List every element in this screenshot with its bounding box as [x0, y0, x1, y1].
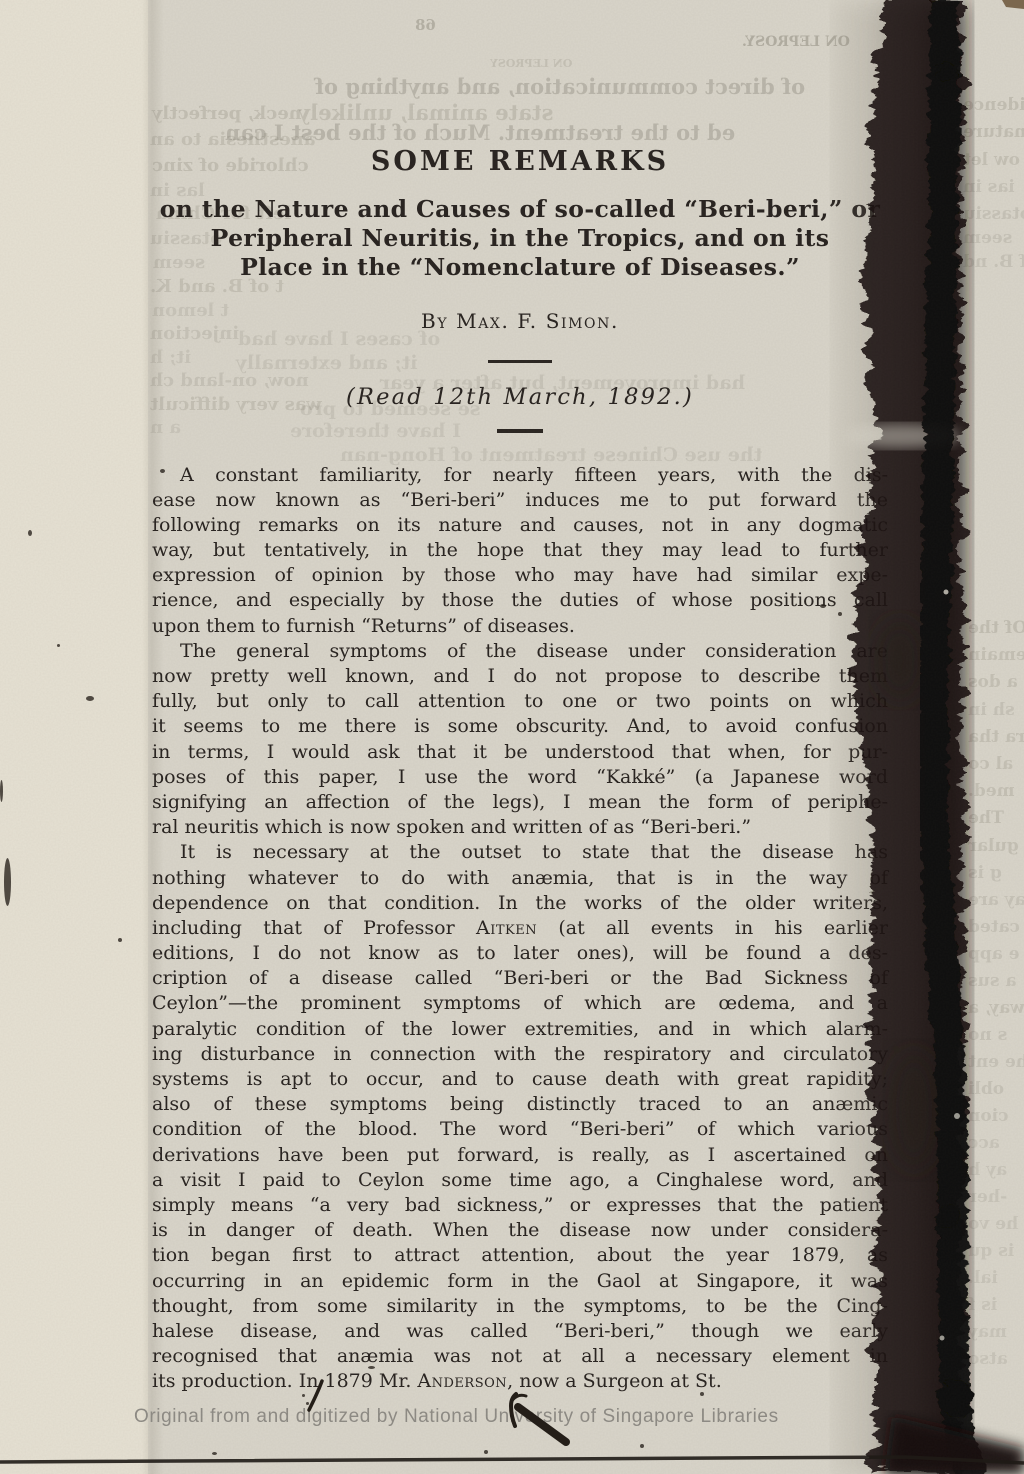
- ink-speck: [838, 612, 842, 616]
- ink-speck: [0, 780, 3, 802]
- ink-speck: [640, 1444, 644, 1448]
- ink-speck: [306, 1402, 309, 1405]
- ink-speck: [212, 1452, 217, 1455]
- ink-speck: [86, 696, 94, 701]
- bottom-scan-line: [0, 1457, 1024, 1463]
- ink-speck: [4, 858, 11, 906]
- scanned-page: 68ON LEPROSY.ON LEPROSYof direct communi…: [0, 0, 1024, 1474]
- ink-speck: [160, 469, 165, 473]
- ink-speck: [57, 644, 60, 647]
- ink-speck: [484, 1450, 488, 1454]
- ink-speck: [118, 938, 122, 942]
- ink-speck: [368, 1366, 375, 1369]
- pen-slash: [309, 1381, 322, 1410]
- ink-speck: [820, 604, 826, 608]
- ink-speck: [302, 1394, 305, 1397]
- pen-stroke: [518, 1407, 566, 1442]
- ink-speck: [700, 1392, 704, 1396]
- ink-speck: [28, 530, 32, 536]
- ink-speck: [893, 1046, 899, 1052]
- pen-marks: [0, 0, 1024, 1474]
